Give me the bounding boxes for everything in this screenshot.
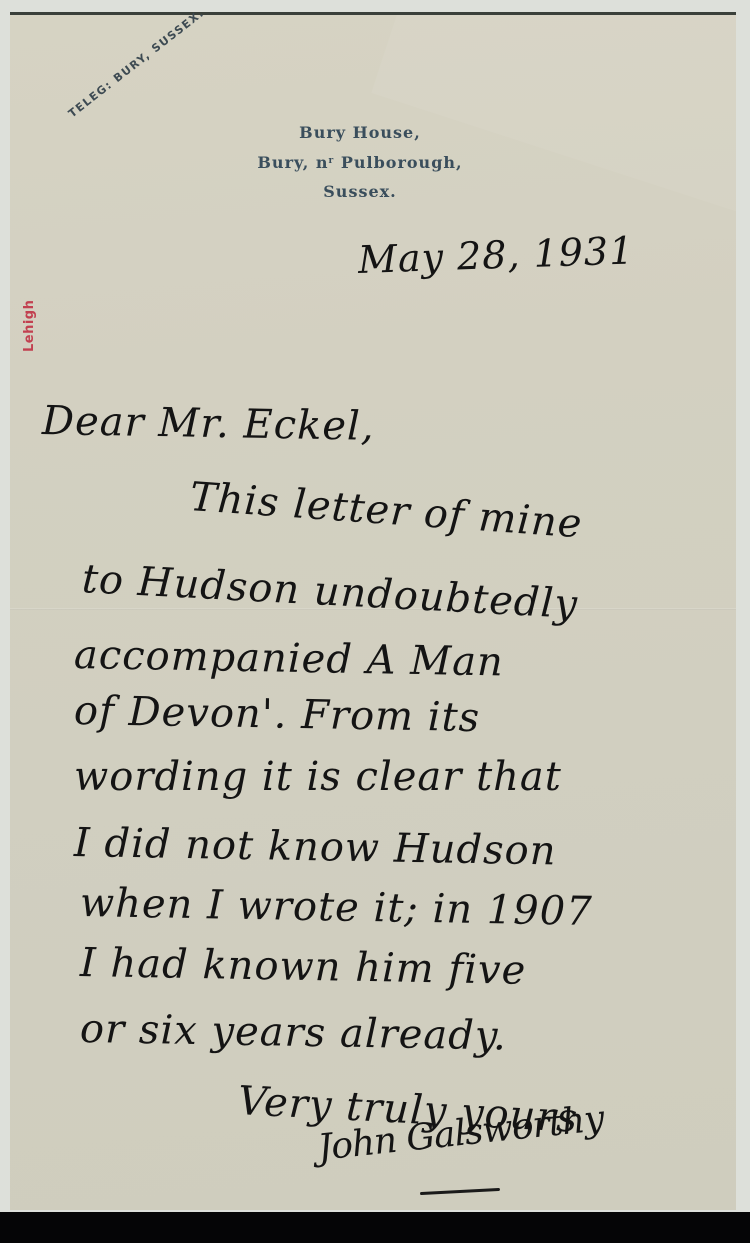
archive-stamp: Lehigh: [22, 300, 37, 352]
letterhead-line-1: Bury House,: [215, 118, 505, 147]
body-line-9: or six years already.: [80, 1006, 508, 1059]
letterhead-line-2: Bury, nr Pulborough,: [215, 147, 505, 177]
salutation: Dear Mr. Eckel,: [42, 398, 375, 450]
body-line-3: accompanied A Man: [74, 632, 505, 685]
body-line-8: I had known him five: [80, 940, 527, 994]
letterhead: Bury House, Bury, nr Pulborough, Sussex.: [215, 118, 505, 206]
body-line-7: when I wrote it; in 1907: [80, 880, 593, 935]
body-line-6: I did not know Hudson: [74, 820, 557, 874]
body-line-4: of Devon'. From its: [74, 688, 481, 741]
body-line-5: wording it is clear that: [74, 754, 562, 800]
scan-frame: TELEG: BURY, SUSSEX. Bury House, Bury, n…: [0, 0, 750, 1243]
letterhead-line-2-prefix: Bury, n: [257, 153, 328, 172]
letterhead-line-2-suffix: Pulborough,: [334, 153, 462, 172]
letterhead-line-3: Sussex.: [215, 177, 505, 206]
scan-bottom-bar: [0, 1212, 750, 1243]
